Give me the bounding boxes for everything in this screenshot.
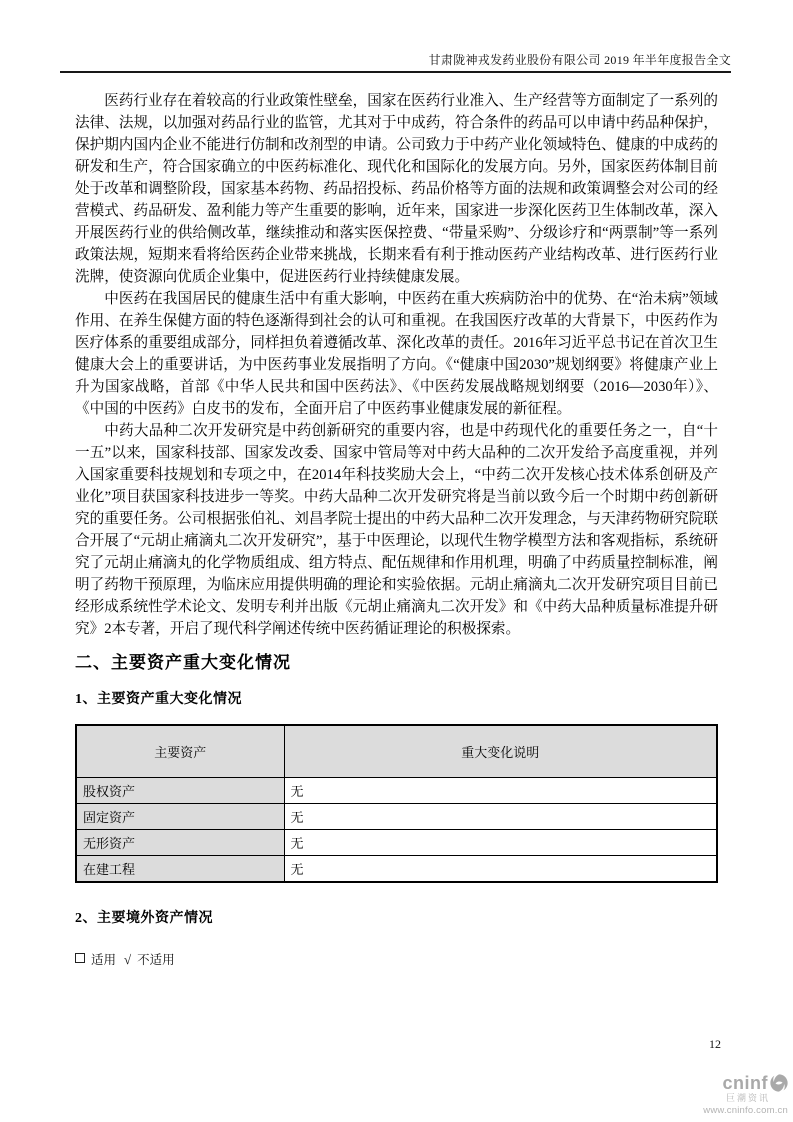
- table-header-row: 主要资产 重大变化说明: [76, 725, 717, 778]
- table-header-main-asset: 主要资产: [76, 725, 284, 778]
- cninfo-brand-row: cninf: [668, 1074, 788, 1092]
- table-cell-change-equity: 无: [284, 778, 717, 804]
- table-cell-asset-construction: 在建工程: [76, 856, 284, 883]
- not-applicable-label: 不适用: [137, 953, 175, 967]
- applicability-line: 适用√不适用: [75, 952, 718, 968]
- table-cell-asset-intangible: 无形资产: [76, 830, 284, 856]
- table-row: 在建工程 无: [76, 856, 717, 883]
- table-cell-change-fixed: 无: [284, 804, 717, 830]
- cninfo-brand-text: cninf: [723, 1074, 769, 1092]
- table-cell-asset-fixed: 固定资产: [76, 804, 284, 830]
- paragraph-industry-policy: 医药行业存在着较高的行业政策性壁垒，国家在医药行业准入、生产经营等方面制定了一系…: [75, 90, 718, 288]
- doc-header: 甘肃陇神戎发药业股份有限公司 2019 年半年度报告全文: [60, 51, 731, 68]
- paragraph-secondary-development: 中药大品种二次开发研究是中药创新研究的重要内容，也是中药现代化的重要任务之一，自…: [75, 420, 718, 640]
- table-row: 无形资产 无: [76, 830, 717, 856]
- cninfo-chinese-name: 巨潮资讯: [668, 1094, 770, 1103]
- table-header-change-description: 重大变化说明: [284, 725, 717, 778]
- cninfo-url: www.cninfo.com.cn: [668, 1106, 788, 1116]
- table-row: 固定资产 无: [76, 804, 717, 830]
- subsection-2-heading: 2、主要境外资产情况: [75, 911, 718, 927]
- checkmark-icon: √: [124, 952, 131, 967]
- cninfo-swirl-icon: [770, 1074, 788, 1092]
- table-cell-change-construction: 无: [284, 856, 717, 883]
- doc-header-title: 甘肃陇神戎发药业股份有限公司 2019 年半年度报告全文: [429, 53, 731, 67]
- asset-change-table: 主要资产 重大变化说明 股权资产 无 固定资产 无 无形资产 无 在: [75, 724, 718, 883]
- paragraph-tcm-influence: 中医药在我国居民的健康生活中有重大影响，中医药在重大疾病防治中的优势、在“治未病…: [75, 288, 718, 420]
- subsection-1-heading: 1、主要资产重大变化情况: [75, 692, 718, 708]
- checkbox-unchecked-icon: [75, 953, 85, 963]
- cninfo-logo: cninf 巨潮资讯 www.cninfo.com.cn: [668, 1074, 788, 1116]
- section-heading-major-asset-changes: 二、主要资产重大变化情况: [75, 652, 718, 674]
- applicable-label: 适用: [91, 953, 116, 967]
- page-content: 医药行业存在着较高的行业政策性壁垒，国家在医药行业准入、生产经营等方面制定了一系…: [75, 90, 718, 968]
- table-cell-change-intangible: 无: [284, 830, 717, 856]
- report-page: 甘肃陇神戎发药业股份有限公司 2019 年半年度报告全文 医药行业存在着较高的行…: [0, 0, 793, 1122]
- page-number: 12: [709, 1037, 721, 1052]
- header-rule: [60, 71, 731, 73]
- table-cell-asset-equity: 股权资产: [76, 778, 284, 804]
- table-row: 股权资产 无: [76, 778, 717, 804]
